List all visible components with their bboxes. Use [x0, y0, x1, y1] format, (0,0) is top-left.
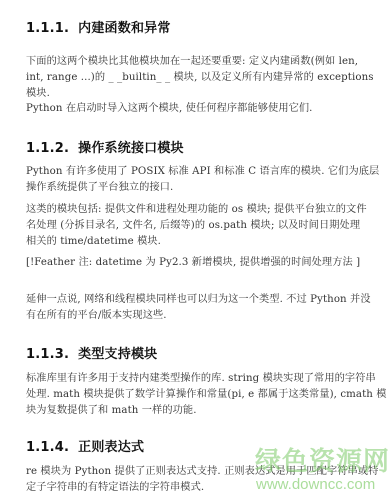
section-heading-1-1-1: 1.1.1.内建函数和异常: [26, 17, 171, 36]
paragraph-line: re 模块为 Python 提供了正则表达式支持. 正则表达式是用于匹配字符串或…: [26, 465, 378, 479]
paragraph-line: 延伸一点说, 网络和线程模块同样也可以归为这一个类型. 不过 Python 并没: [26, 293, 371, 307]
paragraph-line: Python 在启动时导入这两个模块, 使任何程序都能够使用它们.: [26, 102, 313, 116]
paragraph-line: 模块.: [26, 87, 50, 101]
translator-note: [!Feather 注: datetime 为 Py2.3 新增模块, 提供增强…: [26, 256, 360, 270]
section-number: 1.1.3.: [26, 347, 69, 362]
paragraph-line: int, range ...)的 _ _builtin_ _ 模块, 以及定义所…: [26, 71, 374, 85]
paragraph-line: 下面的这两个模块比其他模块加在一起还要重要: 定义内建函数(例如 len,: [26, 55, 358, 69]
section-number: 1.1.1.: [26, 21, 69, 36]
section-number: 1.1.4.: [26, 440, 69, 455]
paragraph-line: 有在所有的平台/版本实现这些.: [26, 309, 167, 323]
document-page: 1.1.1.内建函数和异常 下面的这两个模块比其他模块加在一起还要重要: 定义内…: [0, 0, 389, 500]
section-heading-1-1-3: 1.1.3.类型支持模块: [26, 343, 157, 362]
paragraph-line: 名处理 (分拆目录名, 文件名, 后缀等)的 os.path 模块; 以及时间日…: [26, 219, 360, 233]
paragraph-line: 标准库里有许多用于支持内建类型操作的库. string 模块实现了常用的字符串: [26, 372, 376, 386]
section-number: 1.1.2.: [26, 141, 69, 156]
paragraph-line: 相关的 time/datetime 模块.: [26, 235, 161, 249]
section-title: 操作系统接口模块: [78, 141, 184, 156]
section-heading-1-1-2: 1.1.2.操作系统接口模块: [26, 137, 184, 156]
paragraph-line: 处理. math 模块提供了数学计算操作和常量(pi, e 都属于这类常量), …: [26, 388, 387, 402]
section-heading-1-1-4: 1.1.4.正则表达式: [26, 436, 144, 455]
paragraph-line: 操作系统提供了平台独立的接口.: [26, 181, 173, 195]
paragraph-line: 定子字符串的有特定语法的字符串模式.: [26, 481, 204, 495]
paragraph-line: Python 有许多使用了 POSIX 标准 API 和标准 C 语言库的模块.…: [26, 165, 379, 179]
paragraph-line: 这类的模块包括: 提供文件和进程处理功能的 os 模块; 提供平台独立的文件: [26, 203, 367, 217]
section-title: 正则表达式: [78, 440, 144, 455]
section-title: 类型支持模块: [78, 347, 157, 362]
section-title: 内建函数和异常: [78, 21, 170, 36]
paragraph-line: 块为复数提供了和 math 一样的功能.: [26, 404, 197, 418]
